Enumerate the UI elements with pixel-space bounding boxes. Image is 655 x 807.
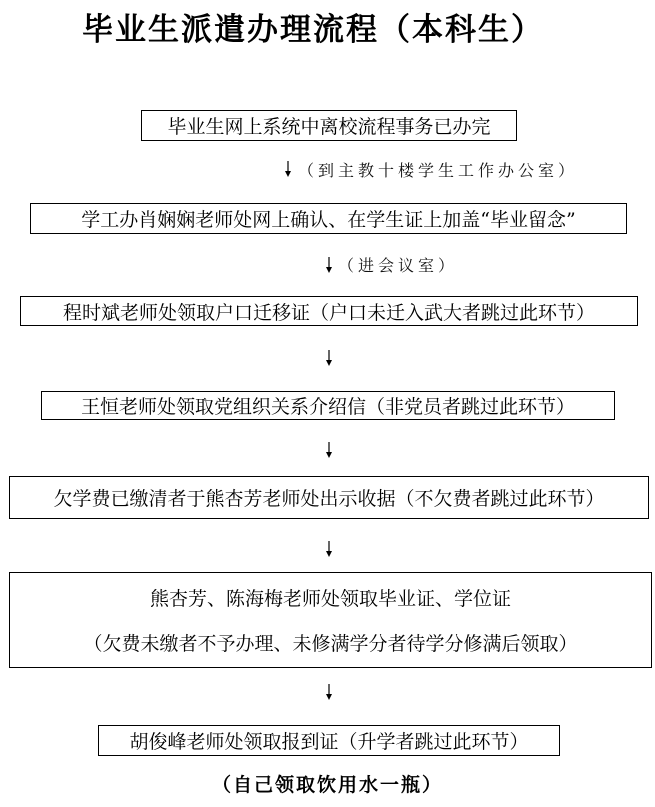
flow-step-3: 程时斌老师处领取户口迁移证（户口未迁入武大者跳过此环节）: [20, 296, 638, 326]
flow-step-1-text: 毕业生网上系统中离校流程事务已办完: [167, 112, 490, 139]
footer-note: （自己领取饮用水一瓶）: [0, 770, 655, 797]
down-arrow-icon: [324, 350, 334, 366]
down-arrow-icon: [324, 684, 334, 700]
flow-step-2-text: 学工办肖娴娴老师处网上确认、在学生证上加盖“毕业留念”: [81, 205, 575, 232]
flow-step-6: 熊杏芳、陈海梅老师处领取毕业证、学位证 （欠费未缴者不予办理、未修满学分者待学分…: [9, 572, 652, 668]
down-arrow-icon: [324, 257, 334, 273]
flow-step-7-text: 胡俊峰老师处领取报到证（升学者跳过此环节）: [129, 727, 528, 754]
flow-step-2: 学工办肖娴娴老师处网上确认、在学生证上加盖“毕业留念”: [30, 203, 627, 234]
connector-note-1: （到主教十楼学生工作办公室）: [298, 158, 578, 181]
flow-step-6-line2: （欠费未缴者不予办理、未修满学分者待学分修满后领取）: [83, 629, 577, 656]
flow-step-7: 胡俊峰老师处领取报到证（升学者跳过此环节）: [98, 725, 560, 756]
flow-step-4: 王恒老师处领取党组织关系介绍信（非党员者跳过此环节）: [41, 391, 615, 420]
flow-step-5: 欠学费已缴清者于熊杏芳老师处出示收据（不欠费者跳过此环节）: [9, 476, 649, 519]
flow-step-1: 毕业生网上系统中离校流程事务已办完: [141, 110, 517, 141]
flow-step-3-text: 程时斌老师处领取户口迁移证（户口未迁入武大者跳过此环节）: [63, 298, 595, 325]
down-arrow-icon: [324, 541, 334, 557]
page-title: 毕业生派遣办理流程（本科生）: [82, 8, 582, 52]
flow-step-5-text: 欠学费已缴清者于熊杏芳老师处出示收据（不欠费者跳过此环节）: [53, 484, 604, 511]
down-arrow-icon: [324, 442, 334, 458]
flow-step-4-text: 王恒老师处领取党组织关系介绍信（非党员者跳过此环节）: [81, 392, 575, 419]
connector-note-2: （进会议室）: [338, 253, 458, 276]
flow-step-6-line1: 熊杏芳、陈海梅老师处领取毕业证、学位证: [150, 584, 511, 611]
down-arrow-icon: [283, 161, 293, 177]
